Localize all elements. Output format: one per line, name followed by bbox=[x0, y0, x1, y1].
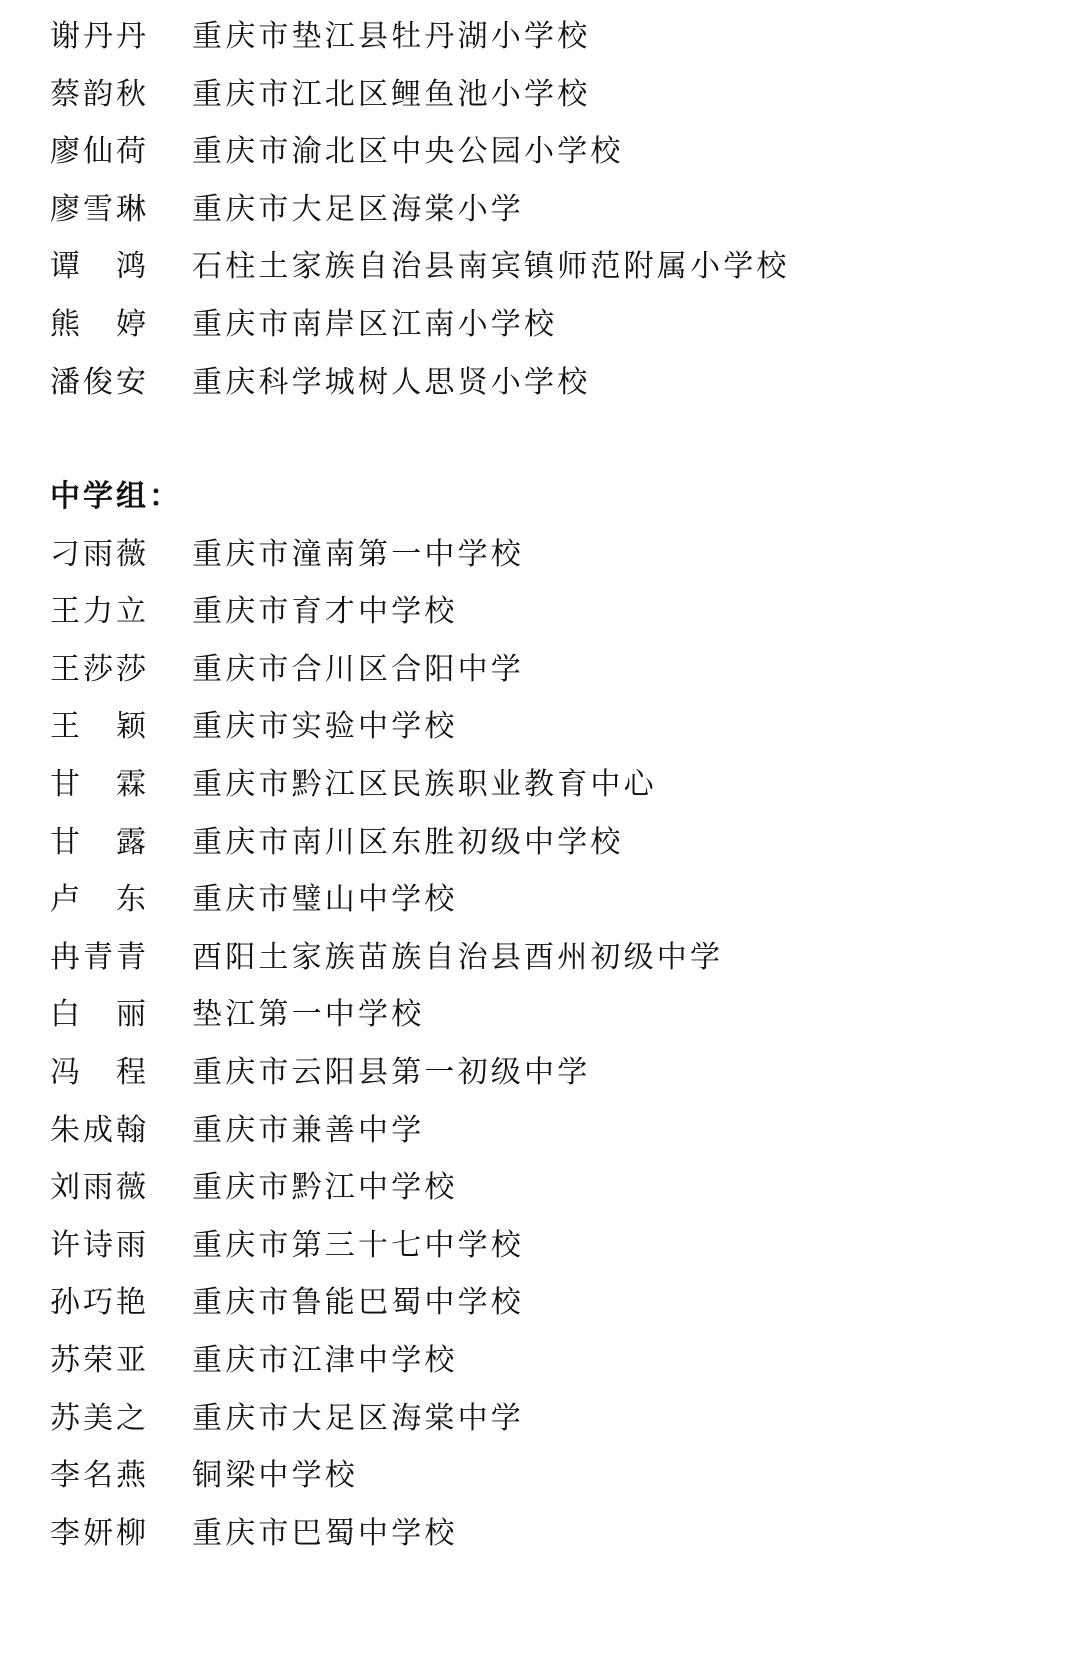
person-name: 廖仙荷 bbox=[50, 123, 192, 181]
school-name: 垫江第一中学校 bbox=[192, 986, 424, 1044]
person-name: 王莎莎 bbox=[50, 641, 192, 699]
person-name: 刘雨薇 bbox=[50, 1159, 192, 1217]
person-name: 甘 霖 bbox=[50, 756, 192, 814]
school-name: 重庆市巴蜀中学校 bbox=[192, 1505, 458, 1563]
middle-group-list: 中学组： 刁雨薇重庆市潼南第一中学校 王力立重庆市育才中学校 王莎莎重庆市合川区… bbox=[50, 468, 1050, 1562]
list-item: 许诗雨重庆市第三十七中学校 bbox=[50, 1217, 1050, 1275]
person-name: 朱成翰 bbox=[50, 1102, 192, 1160]
school-name: 重庆市合川区合阳中学 bbox=[192, 641, 524, 699]
person-name: 苏荣亚 bbox=[50, 1332, 192, 1390]
list-item: 卢 东重庆市璧山中学校 bbox=[50, 871, 1050, 929]
person-name: 甘 露 bbox=[50, 814, 192, 872]
list-item: 孙巧艳重庆市鲁能巴蜀中学校 bbox=[50, 1274, 1050, 1332]
school-name: 重庆市育才中学校 bbox=[192, 583, 458, 641]
school-name: 重庆市黔江中学校 bbox=[192, 1159, 458, 1217]
list-item: 冯 程重庆市云阳县第一初级中学 bbox=[50, 1044, 1050, 1102]
school-name: 重庆市实验中学校 bbox=[192, 698, 458, 756]
person-name: 潘俊安 bbox=[50, 354, 192, 412]
list-item: 刘雨薇重庆市黔江中学校 bbox=[50, 1159, 1050, 1217]
person-name: 王 颖 bbox=[50, 698, 192, 756]
list-item: 刁雨薇重庆市潼南第一中学校 bbox=[50, 526, 1050, 584]
school-name: 重庆市大足区海棠小学 bbox=[192, 181, 524, 239]
person-name: 刁雨薇 bbox=[50, 526, 192, 584]
list-item: 潘俊安重庆科学城树人思贤小学校 bbox=[50, 354, 1050, 412]
list-item: 甘 露重庆市南川区东胜初级中学校 bbox=[50, 814, 1050, 872]
person-name: 谢丹丹 bbox=[50, 8, 192, 66]
school-name: 重庆市南川区东胜初级中学校 bbox=[192, 814, 624, 872]
list-item: 冉青青酉阳土家族苗族自治县酉州初级中学 bbox=[50, 929, 1050, 987]
list-item: 朱成翰重庆市兼善中学 bbox=[50, 1102, 1050, 1160]
list-item: 谭 鸿石柱土家族自治县南宾镇师范附属小学校 bbox=[50, 238, 1050, 296]
person-name: 卢 东 bbox=[50, 871, 192, 929]
person-name: 李妍柳 bbox=[50, 1505, 192, 1563]
school-name: 重庆市垫江县牡丹湖小学校 bbox=[192, 8, 590, 66]
person-name: 蔡韵秋 bbox=[50, 66, 192, 124]
list-item: 廖雪琳重庆市大足区海棠小学 bbox=[50, 181, 1050, 239]
list-item: 甘 霖重庆市黔江区民族职业教育中心 bbox=[50, 756, 1050, 814]
school-name: 重庆市南岸区江南小学校 bbox=[192, 296, 557, 354]
list-item: 谢丹丹重庆市垫江县牡丹湖小学校 bbox=[50, 8, 1050, 66]
primary-group-list: 谢丹丹重庆市垫江县牡丹湖小学校 蔡韵秋重庆市江北区鲤鱼池小学校 廖仙荷重庆市渝北… bbox=[50, 8, 1050, 411]
list-item: 苏美之重庆市大足区海棠中学 bbox=[50, 1390, 1050, 1448]
document-page: 谢丹丹重庆市垫江县牡丹湖小学校 蔡韵秋重庆市江北区鲤鱼池小学校 廖仙荷重庆市渝北… bbox=[0, 0, 1080, 1659]
person-name: 孙巧艳 bbox=[50, 1274, 192, 1332]
person-name: 廖雪琳 bbox=[50, 181, 192, 239]
list-item: 王 颖重庆市实验中学校 bbox=[50, 698, 1050, 756]
person-name: 苏美之 bbox=[50, 1390, 192, 1448]
list-item: 李名燕铜梁中学校 bbox=[50, 1447, 1050, 1505]
person-name: 冯 程 bbox=[50, 1044, 192, 1102]
person-name: 熊 婷 bbox=[50, 296, 192, 354]
list-item: 李妍柳重庆市巴蜀中学校 bbox=[50, 1505, 1050, 1563]
list-item: 白 丽垫江第一中学校 bbox=[50, 986, 1050, 1044]
list-item: 廖仙荷重庆市渝北区中央公园小学校 bbox=[50, 123, 1050, 181]
list-item: 苏荣亚重庆市江津中学校 bbox=[50, 1332, 1050, 1390]
school-name: 重庆市江北区鲤鱼池小学校 bbox=[192, 66, 590, 124]
school-name: 重庆市大足区海棠中学 bbox=[192, 1390, 524, 1448]
school-name: 石柱土家族自治县南宾镇师范附属小学校 bbox=[192, 238, 790, 296]
school-name: 重庆市江津中学校 bbox=[192, 1332, 458, 1390]
school-name: 重庆市渝北区中央公园小学校 bbox=[192, 123, 624, 181]
person-name: 冉青青 bbox=[50, 929, 192, 987]
list-item: 王力立重庆市育才中学校 bbox=[50, 583, 1050, 641]
person-name: 许诗雨 bbox=[50, 1217, 192, 1275]
list-item: 王莎莎重庆市合川区合阳中学 bbox=[50, 641, 1050, 699]
person-name: 白 丽 bbox=[50, 986, 192, 1044]
person-name: 李名燕 bbox=[50, 1447, 192, 1505]
person-name: 王力立 bbox=[50, 583, 192, 641]
school-name: 重庆市鲁能巴蜀中学校 bbox=[192, 1274, 524, 1332]
school-name: 重庆市璧山中学校 bbox=[192, 871, 458, 929]
person-name: 谭 鸿 bbox=[50, 238, 192, 296]
school-name: 重庆市黔江区民族职业教育中心 bbox=[192, 756, 657, 814]
section-heading: 中学组： bbox=[50, 468, 1050, 526]
school-name: 重庆市云阳县第一初级中学 bbox=[192, 1044, 590, 1102]
school-name: 重庆科学城树人思贤小学校 bbox=[192, 354, 590, 412]
school-name: 重庆市潼南第一中学校 bbox=[192, 526, 524, 584]
school-name: 铜梁中学校 bbox=[192, 1447, 358, 1505]
list-item: 熊 婷重庆市南岸区江南小学校 bbox=[50, 296, 1050, 354]
list-item: 蔡韵秋重庆市江北区鲤鱼池小学校 bbox=[50, 66, 1050, 124]
school-name: 酉阳土家族苗族自治县酉州初级中学 bbox=[192, 929, 723, 987]
school-name: 重庆市第三十七中学校 bbox=[192, 1217, 524, 1275]
school-name: 重庆市兼善中学 bbox=[192, 1102, 424, 1160]
